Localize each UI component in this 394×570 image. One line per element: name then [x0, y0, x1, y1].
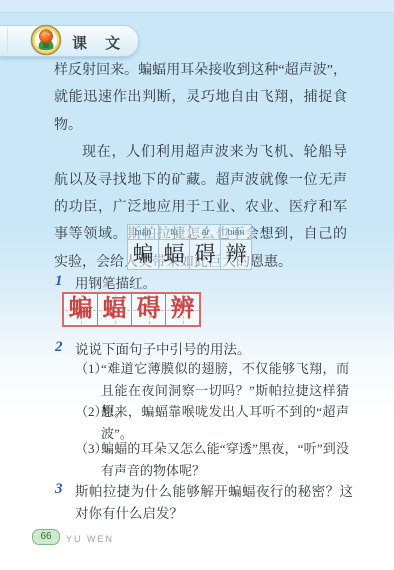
- vocab-cell: ài 碍: [189, 225, 220, 269]
- tab-divider: [7, 28, 8, 54]
- tracing-character: 碍: [132, 294, 165, 325]
- exercise-3-number: 3: [55, 481, 63, 498]
- new-characters-box: biān 蝙 fú 蝠 ài 碍 biàn 辨: [127, 224, 252, 270]
- item-label: （2）: [75, 401, 108, 423]
- exercise-1-number: 1: [55, 273, 63, 290]
- character-glyph: 辨: [221, 240, 251, 269]
- page-number-badge: 66: [32, 529, 60, 545]
- lesson-tab-label: 课 文: [72, 32, 127, 53]
- tracing-character: 辨: [166, 294, 199, 325]
- page-top-border: [0, 0, 394, 13]
- passage-paragraph: 样反射回来。蝙蝠用耳朵接收到这种“超声波”，就能迅速作出判断，灵巧地自由飞翔，捕…: [54, 57, 347, 139]
- vocab-cell: biàn 辨: [220, 225, 251, 269]
- tracing-cell: 蝙: [64, 294, 97, 325]
- pinyin-label: ài: [190, 225, 220, 240]
- exercise-3-prompt: 斯帕拉捷为什么能够解开蝙蝠夜行的秘密？这对你有什么启发？: [75, 481, 353, 525]
- pinyin-label: biān: [128, 225, 158, 240]
- pinyin-label: fú: [159, 225, 189, 240]
- character-glyph: 碍: [190, 240, 220, 269]
- tracing-character: 蝙: [64, 294, 97, 325]
- red-tracing-grid: 蝙 蝠 碍 辨: [62, 292, 201, 327]
- lesson-section-tab: 课 文: [0, 25, 139, 57]
- character-glyph: 蝠: [159, 240, 189, 269]
- tracing-cell: 辨: [165, 294, 199, 325]
- item-text: 蝙蝠的耳朵又怎么能“穿透”黑夜，“听”到没有声音的物体呢？: [101, 441, 349, 478]
- pinyin-label: biàn: [221, 225, 251, 240]
- character-glyph: 蝙: [128, 240, 158, 269]
- item-text: 原来，蝙蝠靠喉咙发出人耳听不到的“超声波”。: [101, 404, 349, 441]
- tracing-cell: 碍: [131, 294, 165, 325]
- tracing-cell: 蝠: [97, 294, 131, 325]
- exercise-2-item-3: （3） 蝙蝠的耳朵又怎么能“穿透”黑夜，“听”到没有声音的物体呢？: [75, 438, 349, 481]
- item-label: （3）: [75, 438, 108, 460]
- exercise-2-number: 2: [55, 339, 63, 356]
- item-label: （1）: [75, 358, 108, 380]
- textbook-page: 课 文 样反射回来。蝙蝠用耳朵接收到这种“超声波”，就能迅速作出判断，灵巧地自由…: [0, 0, 394, 570]
- tracing-character: 蝠: [98, 294, 131, 325]
- vocab-cell: biān 蝙: [128, 225, 158, 269]
- vocab-cell: fú 蝠: [158, 225, 189, 269]
- textbook-flower-sun-icon: [30, 24, 62, 56]
- subject-label: YU WEN: [66, 534, 114, 544]
